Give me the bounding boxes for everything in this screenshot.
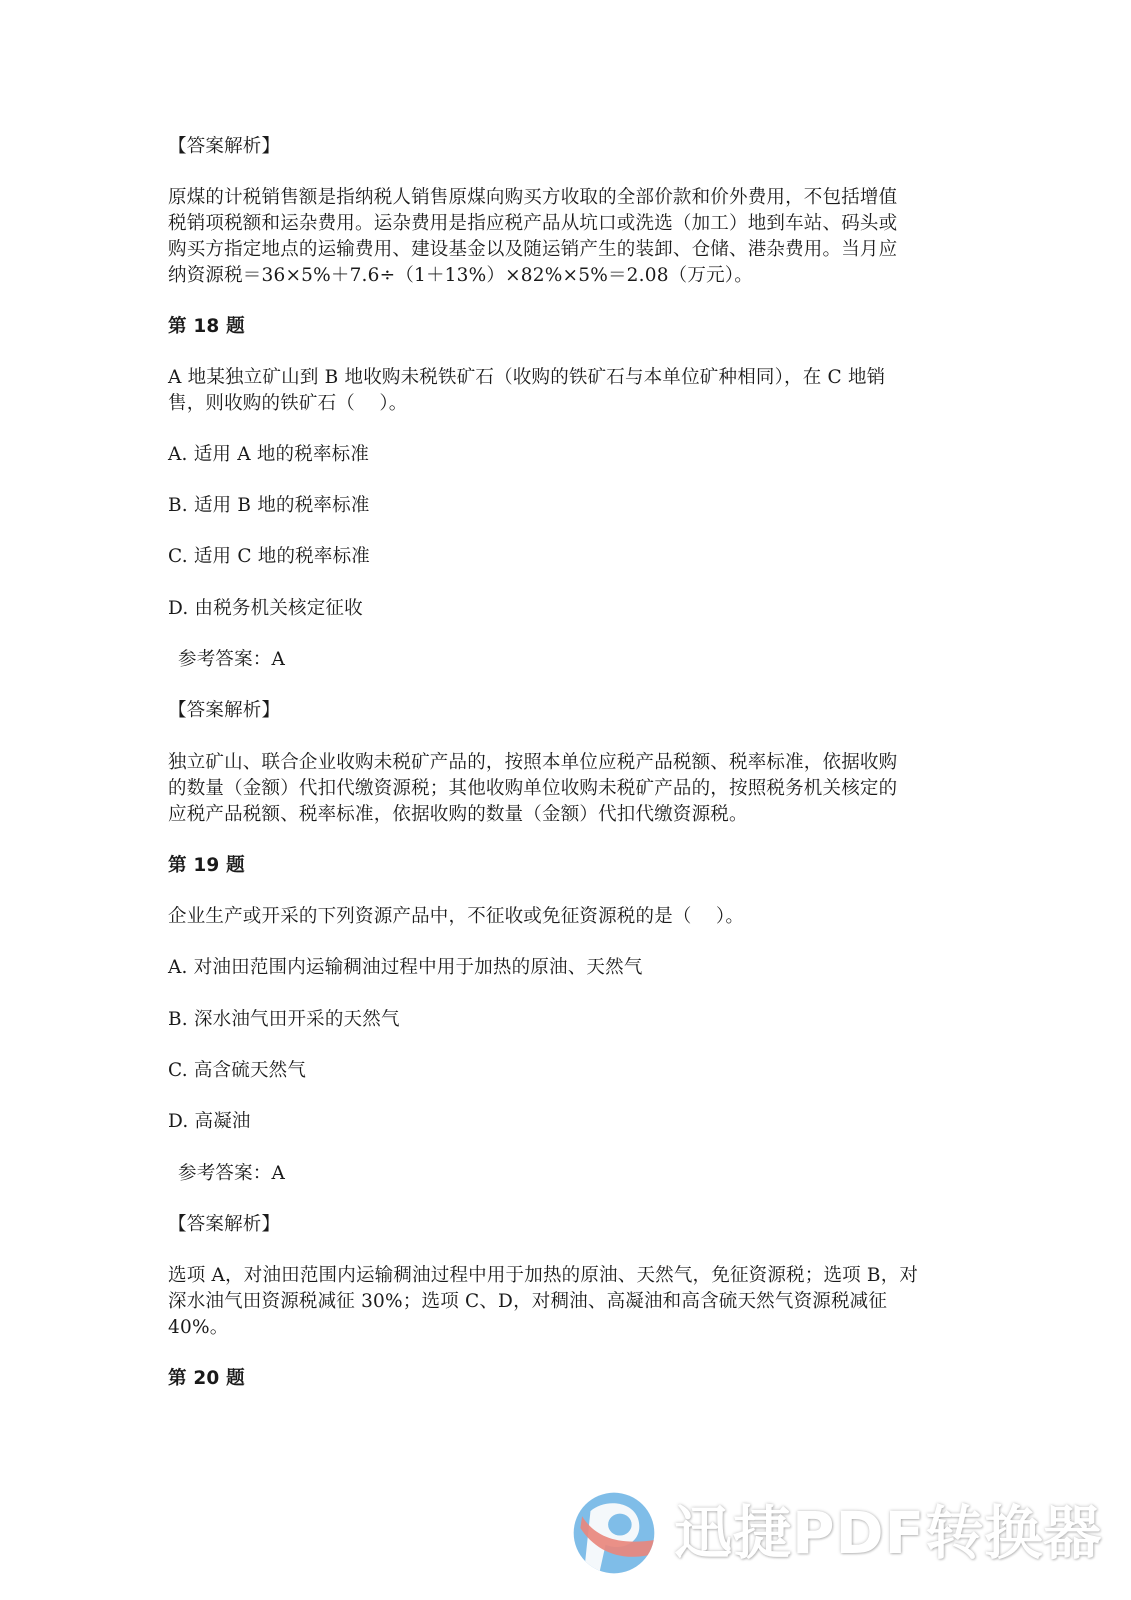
q19-option-d: D. 高凝油	[168, 1109, 948, 1135]
q18-analysis-label: 【答案解析】	[168, 698, 948, 724]
q18-stem: A 地某独立矿山到 B 地收购未税铁矿石（收购的铁矿石与本单位矿种相同），在 C…	[168, 365, 948, 417]
q18-heading: 第 18 题	[168, 314, 948, 340]
q18-option-a: A. 适用 A 地的税率标准	[168, 442, 948, 468]
q18-analysis-text: 独立矿山、联合企业收购未税矿产品的，按照本单位应税产品税额、税率标准，依据收购 …	[168, 750, 948, 828]
document-page: 【答案解析】 原煤的计税销售额是指纳税人销售原煤向购买方收取的全部价款和价外费用…	[0, 0, 1131, 1600]
q19-analysis-text: 选项 A，对油田范围内运输稠油过程中用于加热的原油、天然气，免征资源税；选项 B…	[168, 1263, 948, 1341]
q18-option-c: C. 适用 C 地的税率标准	[168, 544, 948, 570]
q19-answer: 参考答案：A	[178, 1161, 958, 1187]
q19-stem: 企业生产或开采的下列资源产品中，不征收或免征资源税的是（ ）。	[168, 904, 948, 930]
q17-analysis-text: 原煤的计税销售额是指纳税人销售原煤向购买方收取的全部价款和价外费用，不包括增值 …	[168, 185, 948, 289]
q18-option-d: D. 由税务机关核定征收	[168, 596, 948, 622]
q19-heading: 第 19 题	[168, 853, 948, 879]
q18-answer: 参考答案：A	[178, 647, 958, 673]
watermark: 迅捷PDF转换器	[572, 1488, 1092, 1578]
q18-option-b: B. 适用 B 地的税率标准	[168, 493, 948, 519]
xunjie-pdf-logo-icon	[572, 1491, 656, 1575]
q19-option-a: A. 对油田范围内运输稠油过程中用于加热的原油、天然气	[168, 955, 948, 981]
q19-option-c: C. 高含硫天然气	[168, 1058, 948, 1084]
watermark-text: 迅捷PDF转换器	[674, 1491, 1102, 1575]
q19-analysis-label: 【答案解析】	[168, 1212, 948, 1238]
q17-analysis-label: 【答案解析】	[168, 134, 948, 160]
q20-heading: 第 20 题	[168, 1366, 948, 1392]
q19-option-b: B. 深水油气田开采的天然气	[168, 1007, 948, 1033]
